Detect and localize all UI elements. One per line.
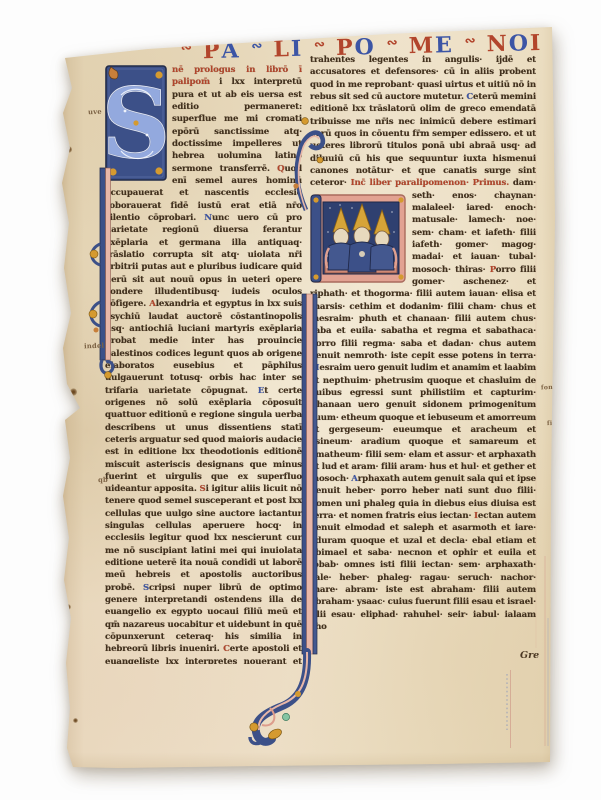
margin-note-right-low: fili xyxy=(547,420,558,427)
text-segment: Inc̄ liber paralipomenon· Primus. xyxy=(351,178,513,188)
text-segment: i igitur aliis licuit nō tenere quod sem… xyxy=(105,484,302,593)
header-separator-squiggle: ∾ xyxy=(251,32,263,62)
text-segment: i lxx interpretū pura et ut ab eis uersa… xyxy=(172,77,302,173)
edge-stain xyxy=(73,718,78,723)
text-segment: ectan autem genuit elmodad et saleph et … xyxy=(310,511,536,632)
text-segment: unc uero cū pro uarietate regionū diuers… xyxy=(105,213,302,309)
text-segment: A xyxy=(221,35,241,65)
margin-note-left-low: qb xyxy=(98,476,108,484)
illuminated-initial-s: S xyxy=(105,65,167,181)
manuscript-leaf: ∾PA∾LI∾PO∾ME∾NOI∾ S n xyxy=(58,18,556,768)
text-segment: lexandria et egyptus in lxx suis esychiū… xyxy=(105,299,302,395)
chapter-rubric: Inc̄ liber paralipomenon· Primus. xyxy=(351,178,513,188)
initial-a-art xyxy=(310,192,407,285)
text-column-left: S nē prologus in librō ī palipom̄ i lxx … xyxy=(105,64,302,664)
leaf-shadow-wrapper: ∾PA∾LI∾PO∾ME∾NOI∾ S n xyxy=(58,18,556,768)
text-segment: hanaan uero genuit sidonem primogenitum … xyxy=(310,400,536,484)
text-segment: C xyxy=(466,92,473,102)
edge-stain xyxy=(70,388,77,396)
edge-stain xyxy=(66,146,72,153)
prologue-end-text: trahentes legentes in angulis· ijdē et a… xyxy=(310,55,536,188)
text-segment: dam· seth· enos· chaynan· malaleel· iare… xyxy=(412,178,536,274)
margin-note-right-top: fontan xyxy=(541,384,565,392)
photograph-background: ∾PA∾LI∾PO∾ME∾NOI∾ S n xyxy=(0,0,601,800)
text-segment: L xyxy=(273,34,291,64)
text-segment: N xyxy=(204,213,212,223)
text-segment: C xyxy=(310,400,317,410)
historiated-initial-a xyxy=(310,192,407,285)
text-segment: esraim uero genuit ludim et anamim et la… xyxy=(310,363,536,398)
text-segment: eterū memini editionē lxx trāslatorū oli… xyxy=(310,92,536,188)
initial-s-art: S xyxy=(105,65,167,181)
initial-a-foliate-terminal xyxy=(250,652,307,744)
text-segment: C xyxy=(223,644,230,654)
text-segment: M xyxy=(310,363,319,373)
text-column-right: trahentes legentes in angulis· ijdē et a… xyxy=(310,54,536,656)
header-separator-squiggle: ∾ xyxy=(553,24,565,54)
catchword: Gre xyxy=(520,650,539,661)
edge-stain xyxy=(65,604,71,610)
text-segment: t certe origenes nō solū exēplaria cōpos… xyxy=(105,386,302,495)
header-separator-squiggle: ∾ xyxy=(181,33,193,63)
top-edge-stain xyxy=(510,22,519,28)
text-segment: I xyxy=(291,34,304,64)
margin-note-left-top: uve xyxy=(88,108,102,116)
header-separator-squiggle: ∾ xyxy=(464,27,476,57)
margin-note-left-mid: indel xyxy=(84,342,104,351)
text-segment: P xyxy=(203,36,222,66)
